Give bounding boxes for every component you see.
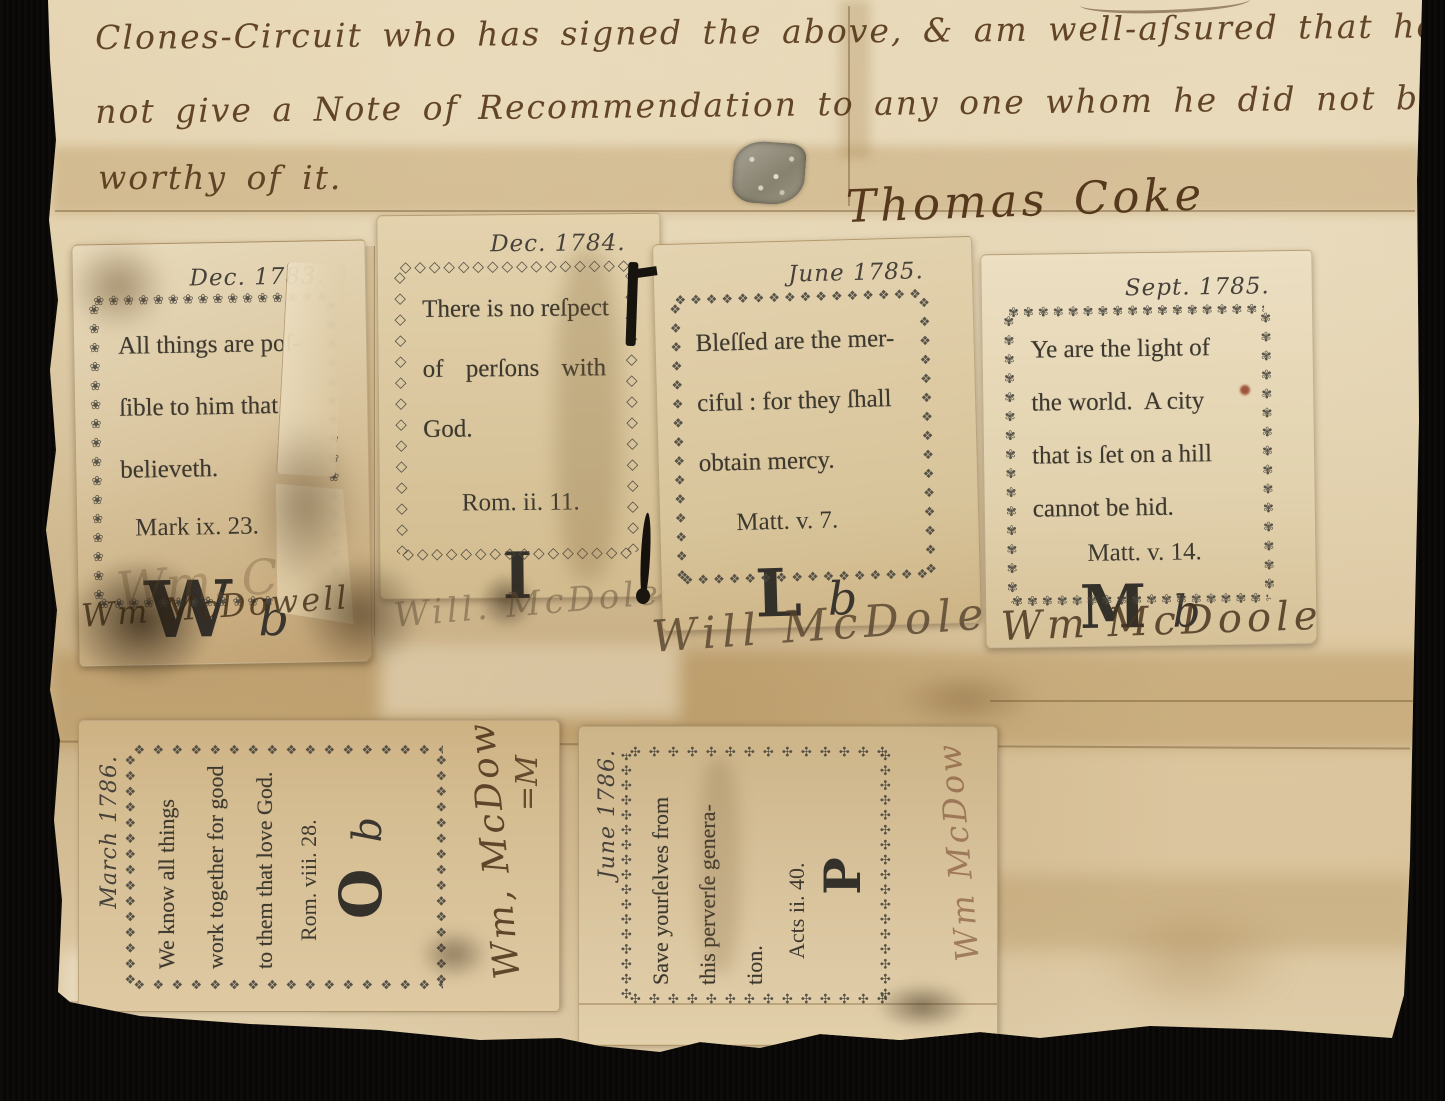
ornament-border-top: ◇◇◇◇◇◇◇◇◇◇◇◇◇◇◇◇◇◇◇◇◇◇◇◇ (400, 258, 630, 275)
class-letter-row: O b (332, 751, 390, 985)
stain (1090, 902, 1295, 1017)
ticket-dec-1784: Dec. 1784. ◇◇◇◇◇◇◇◇◇◇◇◇◇◇◇◇◇◇◇◇◇◇◇◇ ◇◇◇◇… (376, 213, 663, 599)
verse-line: Ye are the light of (1030, 329, 1264, 367)
document-paper: Clones-Circuit who has signed the above,… (0, 0, 1445, 1101)
ornament-border-left: ❀❀❀❀❀❀❀❀❀❀❀❀❀❀❀❀ (85, 303, 105, 605)
ornament-border-left: ✾✾✾✾✾✾✾✾✾✾✾✾✾✾✾✾ (1000, 315, 1019, 603)
member-signature: Wm McDow (930, 741, 987, 964)
ornament-border-top: ❖❖❖❖❖❖❖❖❖❖❖❖❖❖❖❖❖❖❖❖❖❖❖❖ (674, 288, 922, 309)
ticket-date: June 1785. (788, 258, 924, 288)
ornament-border-top: ✣✣✣✣✣✣✣✣✣✣✣✣✣✣✣✣✣✣✣✣✣✣ (621, 753, 636, 999)
class-letter: P (818, 857, 868, 895)
verse-line: obtain mercy. (698, 440, 927, 482)
ornament-border-left: ❖❖❖❖❖❖❖❖❖❖❖❖❖❖❖❖ (667, 303, 689, 582)
verse-line: tion. (739, 753, 770, 985)
stain (893, 670, 1038, 728)
verse-line: There is no reſpect (422, 290, 630, 328)
handwriting-line-3: worthy of it. (98, 158, 342, 197)
ticket-date: March 1786. (97, 755, 122, 909)
scripture-ref: Acts ii. 40. (784, 753, 810, 959)
ornament-frame: ❖❖❖❖❖❖❖❖❖❖❖❖❖❖❖❖❖❖❖❖❖❖ ❖❖❖❖❖❖❖❖❖❖❖❖❖❖❖❖❖… (133, 751, 443, 985)
verse-line: work together for good (200, 751, 231, 969)
ornament-border-right: ❖❖❖❖❖❖❖❖❖❖❖❖❖❖❖❖ (915, 296, 937, 575)
ornament-border-bottom: ✣✣✣✣✣✣✣✣✣✣✣✣✣✣✣✣✣✣✣✣✣✣ (880, 753, 895, 999)
verse-line: We know all things (151, 751, 182, 969)
class-letter: O (332, 869, 390, 920)
paper-seam (990, 700, 1415, 702)
verse-line: the world. A city (1031, 382, 1265, 420)
ornament-border-right: ✣✣✣✣✣✣✣✣✣✣✣✣✣✣✣✣ (629, 745, 887, 760)
ornament-border-top: ✾✾✾✾✾✾✾✾✾✾✾✾✾✾✾✾✾✾✾✾✾✾ (1008, 303, 1264, 322)
verse-line: cannot be hid. (1033, 488, 1267, 526)
handwriting-line-2: not give a Note of Recommendation to any… (95, 77, 1445, 131)
member-mark: =M (510, 755, 545, 811)
ticket-date: Sept. 1785. (1125, 273, 1270, 301)
verse-line: that is ſet on a hill (1032, 435, 1266, 473)
ticket-date: June 1786. (595, 749, 620, 879)
scripture-ref: Matt. v. 7. (736, 504, 929, 537)
verse-line: to them that love God. (249, 751, 280, 969)
ticket-june-1786: June 1786. ✣✣✣✣✣✣✣✣✣✣✣✣✣✣✣✣✣✣✣✣✣✣ ✣✣✣✣✣✣… (578, 726, 996, 1044)
ornament-border-top: ❖❖❖❖❖❖❖❖❖❖❖❖❖❖❖❖❖❖❖❖❖❖ (125, 751, 140, 985)
verse-line: of perſons with (423, 350, 631, 388)
ornament-border-bottom: ◇◇◇◇◇◇◇◇◇◇◇◇◇◇◇◇◇◇◇◇◇◇◇◇ (402, 545, 632, 562)
ornament-border-bottom: ❖❖❖❖❖❖❖❖❖❖❖❖❖❖❖❖❖❖❖❖❖❖ (436, 751, 451, 985)
scripture-ref: Rom. viii. 28. (296, 751, 322, 941)
scripture-ref: Rom. ii. 11. (462, 488, 632, 517)
ornament-border-left: ✣✣✣✣✣✣✣✣✣✣✣✣✣✣✣✣ (629, 992, 887, 1007)
verse-line: God. (423, 410, 631, 448)
ornament-border-left: ❖❖❖❖❖❖❖❖❖❖❖❖❖❖❖❖❖❖ (133, 978, 443, 993)
class-letter-suffix: b (348, 817, 388, 843)
ornament-border-left: ◇◇◇◇◇◇◇◇◇◇◇◇◇◇◇◇ (392, 268, 409, 554)
ornament-border-right: ✾✾✾✾✾✾✾✾✾✾✾✾✾✾✾✾ (1257, 311, 1276, 599)
ornament-frame: ❖❖❖❖❖❖❖❖❖❖❖❖❖❖❖❖❖❖❖❖❖❖❖❖ ❖❖❖❖❖❖❖❖❖❖❖❖❖❖❖… (675, 296, 930, 581)
scripture-ref: Matt. v. 14. (1087, 537, 1267, 568)
worn-patch (380, 646, 680, 718)
class-letter-row: P (818, 753, 868, 999)
glue-band (985, 875, 1415, 950)
verse-line: Bleſſed are the mer- (695, 320, 924, 362)
ornament-border-right: ❖❖❖❖❖❖❖❖❖❖❖❖❖❖❖❖❖❖ (133, 743, 443, 758)
verse-line: ciful : for they ſhall (697, 380, 926, 422)
ticket-date: Dec. 1784. (490, 230, 626, 257)
photo-stage: Clones-Circuit who has signed the above,… (0, 0, 1445, 1101)
ticket-march-1786: March 1786. ❖❖❖❖❖❖❖❖❖❖❖❖❖❖❖❖❖❖❖❖❖❖ ❖❖❖❖❖… (78, 720, 558, 1010)
ornament-frame: ◇◇◇◇◇◇◇◇◇◇◇◇◇◇◇◇◇◇◇◇◇◇◇◇ ◇◇◇◇◇◇◇◇◇◇◇◇◇◇◇… (400, 266, 632, 554)
ornament-frame: ✾✾✾✾✾✾✾✾✾✾✾✾✾✾✾✾✾✾✾✾✾✾ ✾✾✾✾✾✾✾✾✾✾✾✾✾✾✾✾✾… (1008, 311, 1268, 603)
ticket-june-1785: June 1785. ❖❖❖❖❖❖❖❖❖❖❖❖❖❖❖❖❖❖❖❖❖❖❖❖ ❖❖❖❖… (652, 236, 982, 631)
handwriting-line-1: Clones-Circuit who has signed the above,… (95, 5, 1445, 57)
verse-line: this perverſe genera- (692, 753, 723, 985)
ornament-frame: ✣✣✣✣✣✣✣✣✣✣✣✣✣✣✣✣✣✣✣✣✣✣ ✣✣✣✣✣✣✣✣✣✣✣✣✣✣✣✣✣… (629, 753, 887, 999)
paper-seam (55, 210, 1415, 212)
thomas-coke-signature: Thomas Coke (845, 167, 1206, 233)
paper-fold-flap (276, 262, 346, 477)
ink-blot-mark (636, 588, 650, 604)
verse-line: Save yourſelves from (645, 753, 676, 985)
ticket-rotated-content: June 1786. ✣✣✣✣✣✣✣✣✣✣✣✣✣✣✣✣✣✣✣✣✣✣ ✣✣✣✣✣✣… (578, 726, 998, 1046)
foil-patch (731, 140, 807, 207)
ticket-rotated-content: March 1786. ❖❖❖❖❖❖❖❖❖❖❖❖❖❖❖❖❖❖❖❖❖❖ ❖❖❖❖❖… (78, 720, 560, 1012)
ticket-sept-1785: Sept. 1785. ✾✾✾✾✾✾✾✾✾✾✾✾✾✾✾✾✾✾✾✾✾✾ ✾✾✾✾✾… (980, 250, 1317, 649)
